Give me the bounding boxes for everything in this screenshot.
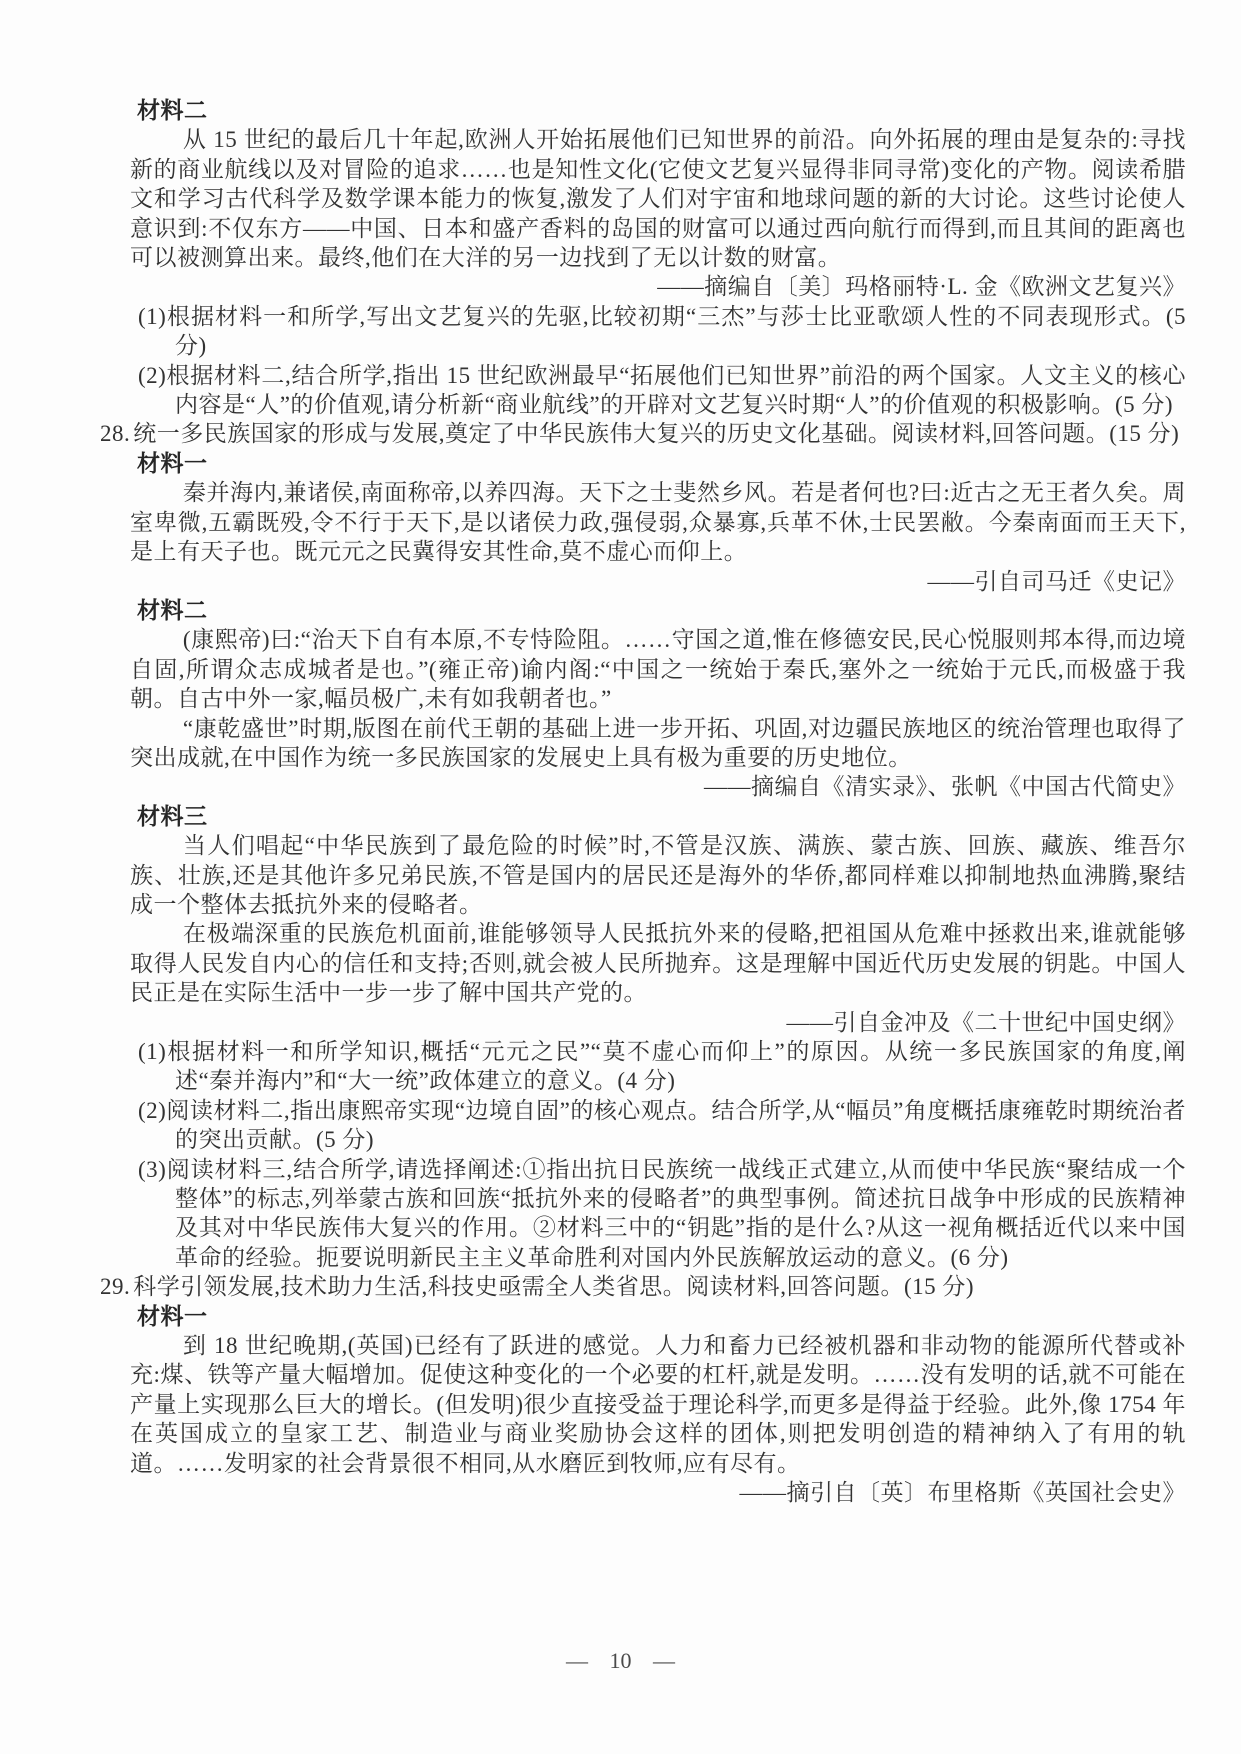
q28-material-3-source: ——引自金冲及《二十世纪中国史纲》 <box>130 1008 1186 1037</box>
question-29-stem: 科学引领发展,技术助力生活,科技史亟需全人类省思。阅读材料,回答问题。(15 分… <box>133 1274 974 1299</box>
q28-material-1-paragraph: 秦并海内,兼诸侯,南面称帝,以养四海。天下之士斐然乡风。若是者何也?曰:近古之无… <box>130 478 1186 566</box>
prev-question-sub2: (2)根据材料二,结合所学,指出 15 世纪欧洲最早“拓展他们已知世界”前沿的两… <box>138 361 1186 420</box>
q28-sub1: (1)根据材料一和所学知识,概括“元元之民”“莫不虚心而仰上”的原因。从统一多民… <box>138 1037 1186 1096</box>
q28-material-3-heading: 材料三 <box>137 802 1186 831</box>
q28-material-1-heading: 材料一 <box>137 449 1186 478</box>
q28-sub2: (2)阅读材料二,指出康熙帝实现“边境自固”的核心观点。结合所学,从“幅员”角度… <box>138 1096 1186 1155</box>
q28-material-3-paragraph-1: 当人们唱起“中华民族到了最危险的时候”时,不管是汉族、满族、蒙古族、回族、藏族、… <box>130 831 1186 919</box>
question-28: 28.统一多民族国家的形成与发展,奠定了中华民族伟大复兴的历史文化基础。阅读材料… <box>100 419 1186 448</box>
q28-material-2-paragraph-1: (康熙帝)曰:“治天下自有本原,不专恃险阻。……守国之道,惟在修德安民,民心悦服… <box>130 625 1186 713</box>
question-29-number: 29. <box>100 1274 133 1299</box>
q29-material-1-paragraph: 到 18 世纪晚期,(英国)已经有了跃进的感觉。人力和畜力已经被机器和非动物的能… <box>130 1331 1186 1478</box>
q28-sub3: (3)阅读材料三,结合所学,请选择阐述:①指出抗日民族统一战线正式建立,从而使中… <box>138 1155 1186 1273</box>
prev-material-2-heading: 材料二 <box>137 96 1186 125</box>
exam-page: 材料二 从 15 世纪的最后几十年起,欧洲人开始拓展他们已知世界的前沿。向外拓展… <box>0 0 1241 1754</box>
q29-material-1-heading: 材料一 <box>137 1302 1186 1331</box>
q28-material-2-source: ——摘编自《清实录》、张帆《中国古代简史》 <box>130 772 1186 801</box>
prev-material-2-paragraph: 从 15 世纪的最后几十年起,欧洲人开始拓展他们已知世界的前沿。向外拓展的理由是… <box>130 125 1186 272</box>
question-28-stem: 统一多民族国家的形成与发展,奠定了中华民族伟大复兴的历史文化基础。阅读材料,回答… <box>133 421 1179 446</box>
prev-material-2-source: ——摘编自〔美〕玛格丽特·L. 金《欧洲文艺复兴》 <box>130 272 1186 301</box>
q28-material-2-heading: 材料二 <box>137 596 1186 625</box>
q29-material-1-source: ——摘引自〔英〕布里格斯《英国社会史》 <box>130 1478 1186 1507</box>
q28-material-2-paragraph-2: “康乾盛世”时期,版图在前代王朝的基础上进一步开拓、巩固,对边疆民族地区的统治管… <box>130 714 1186 773</box>
page-number-footer: — 10 — <box>0 1648 1241 1674</box>
exam-content: 材料二 从 15 世纪的最后几十年起,欧洲人开始拓展他们已知世界的前沿。向外拓展… <box>130 96 1186 1508</box>
question-29: 29.科学引领发展,技术助力生活,科技史亟需全人类省思。阅读材料,回答问题。(1… <box>100 1272 1186 1301</box>
question-28-number: 28. <box>100 421 133 446</box>
prev-question-sub1: (1)根据材料一和所学,写出文艺复兴的先驱,比较初期“三杰”与莎士比亚歌颂人性的… <box>138 302 1186 361</box>
q28-material-3-paragraph-2: 在极端深重的民族危机面前,谁能够领导人民抵抗外来的侵略,把祖国从危难中拯救出来,… <box>130 919 1186 1007</box>
q28-material-1-source: ——引自司马迁《史记》 <box>130 567 1186 596</box>
